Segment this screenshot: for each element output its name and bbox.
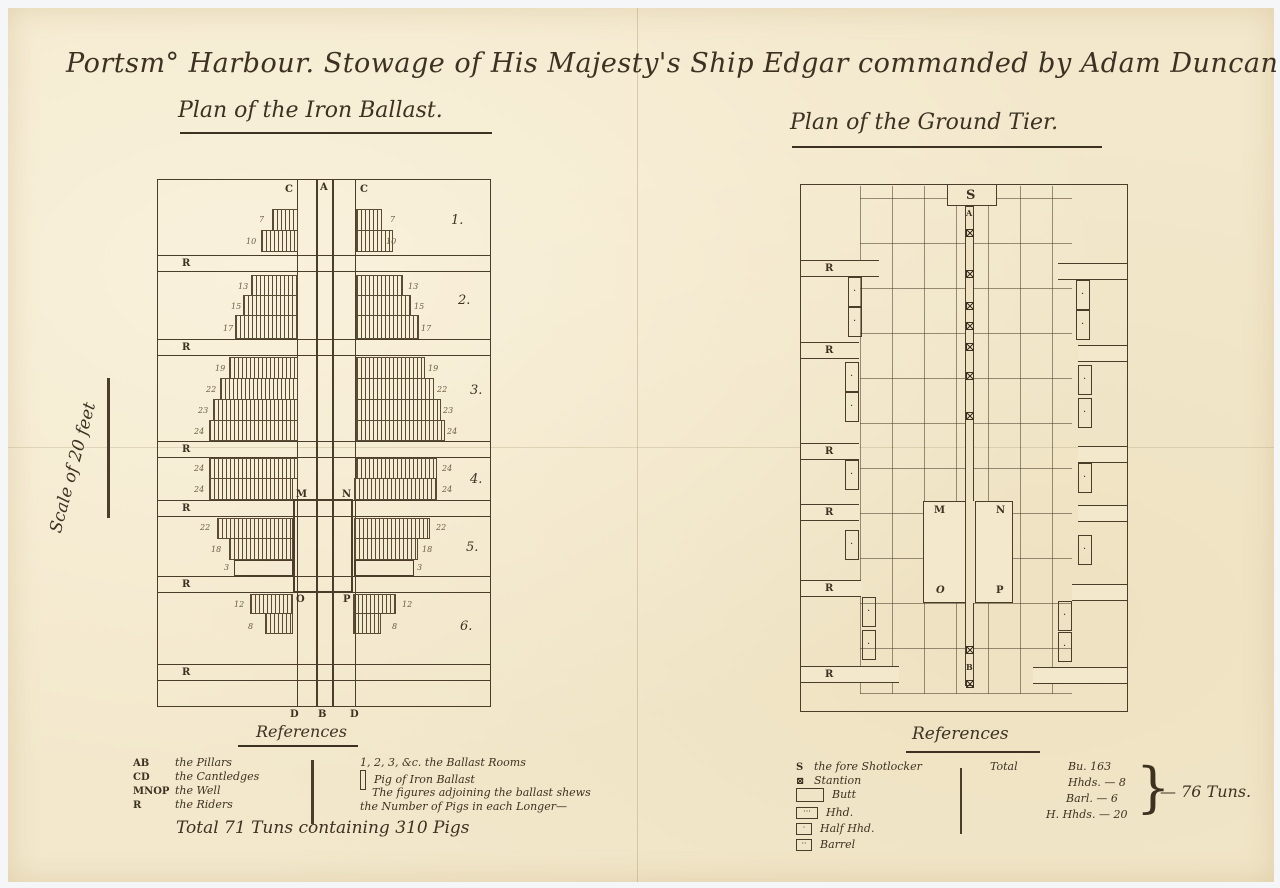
- half-hhd-cask: [848, 307, 862, 337]
- ballast-pig-stack: [229, 357, 298, 379]
- pig-count: 24: [194, 485, 204, 494]
- ballast-pig-stack: [272, 209, 298, 231]
- rider-right-1: [1058, 263, 1127, 280]
- total-barrels: Barl. — 6: [1066, 792, 1118, 805]
- ref-stantion: ⊠Stantion: [796, 774, 861, 787]
- document-title: Portsm° Harbour. Stowage of His Majesty'…: [66, 48, 1280, 79]
- pillar-through-well: [965, 501, 976, 603]
- butt-swatch-icon: [796, 788, 824, 802]
- total-hhds: Hhds. — 8: [1068, 776, 1126, 789]
- stanchion-icon: [966, 270, 974, 278]
- ref-hhd: ···Hhd.: [796, 806, 853, 819]
- ballast-pig-stack: [356, 295, 411, 316]
- stanchion-icon: [966, 302, 974, 310]
- pillar-label-a: A: [966, 208, 972, 218]
- shot-locker-label: S: [966, 188, 975, 203]
- barrel-swatch-icon: ··: [796, 839, 812, 851]
- stanchion-icon: [966, 322, 974, 330]
- ballast-pig-stack: [243, 295, 298, 316]
- half-hhd-cask: [1078, 535, 1092, 565]
- half-hhd-cask: [848, 277, 862, 307]
- left-heading-rule: [180, 132, 492, 134]
- half-hhd-cask: [845, 460, 859, 490]
- well-label-m: M: [296, 489, 307, 500]
- ref-cd: CDthe Cantledges: [133, 770, 259, 783]
- ref-barrel: ··Barrel: [796, 838, 855, 851]
- half-hhd-cask: [862, 630, 876, 660]
- ref-ab: ABthe Pillars: [133, 756, 232, 769]
- ballast-pig-stack: [220, 378, 298, 400]
- pig-count: 3: [417, 563, 422, 572]
- ballast-pig-stack: [354, 518, 430, 539]
- well-label-n: N: [342, 489, 351, 500]
- well-label-o: O: [936, 585, 945, 596]
- pig-count: 7: [259, 215, 264, 224]
- ref-mnop: MNOPthe Well: [133, 784, 220, 797]
- pig-swatch-icon: [360, 770, 366, 790]
- rider-right-5: [1072, 584, 1127, 601]
- ballast-pig-stack: [356, 357, 425, 379]
- vertical-fold-line: [637, 8, 638, 882]
- pig-count: 12: [234, 600, 244, 609]
- ref-shotlocker: Sthe fore Shotlocker: [796, 760, 922, 773]
- pig-count: 24: [194, 464, 204, 473]
- total-half-hhds: H. Hhds. — 20: [1046, 808, 1127, 821]
- stanchion-icon: [966, 229, 974, 237]
- pig-count: 19: [215, 364, 225, 373]
- ballast-pig-stack: [261, 230, 298, 252]
- ballast-pig-stack: [356, 420, 445, 441]
- scale-bar: [107, 378, 110, 518]
- rider-6: R: [158, 664, 490, 681]
- stanchion-icon: [966, 680, 974, 688]
- ballast-pig-stack: [356, 315, 419, 339]
- ballast-pig-stack: [265, 613, 293, 634]
- half-hhd-cask: [1076, 310, 1090, 340]
- stanchion-icon: [966, 412, 974, 420]
- hhd-swatch-icon: ···: [796, 807, 818, 819]
- label-d-left: D: [290, 709, 299, 720]
- total-butts: Bu. 163: [1068, 760, 1111, 773]
- ref-r: Rthe Riders: [133, 798, 233, 811]
- half-hhd-cask: [845, 392, 859, 422]
- left-references-heading: References: [256, 722, 347, 741]
- ballast-pig-stack: [209, 420, 298, 441]
- pig-count: 15: [231, 302, 241, 311]
- ballast-pig-stack: [213, 399, 298, 421]
- rider-left-6: R: [801, 666, 899, 683]
- stanchion-icon: [966, 372, 974, 380]
- half-hhd-cask: [862, 597, 876, 627]
- pig-count: 3: [224, 563, 229, 572]
- ballast-pig-stack: [354, 560, 414, 576]
- note-ballast-rooms: 1, 2, 3, &c. the Ballast Rooms: [360, 756, 526, 769]
- well-label-m: M: [934, 505, 945, 516]
- pig-count: 18: [422, 545, 432, 554]
- rider-right-6: [1033, 667, 1127, 684]
- pig-count: 10: [246, 237, 256, 246]
- ballast-pig-stack: [356, 275, 403, 296]
- pig-count: 24: [447, 427, 457, 436]
- rider-left-4: R: [801, 504, 859, 521]
- pig-count: 24: [194, 427, 204, 436]
- ballast-pig-stack: [217, 518, 293, 539]
- ballast-pig-stack: [353, 613, 381, 634]
- label-c-left: C: [285, 184, 293, 195]
- pig-count: 18: [211, 545, 221, 554]
- rider-1: R: [158, 255, 490, 272]
- references-divider: [960, 768, 962, 834]
- stowage-total: — 76 Tuns.: [1160, 782, 1251, 801]
- pig-count: 24: [442, 485, 452, 494]
- label-b: B: [318, 709, 326, 720]
- well: [293, 499, 353, 593]
- ref-butt: Butt: [796, 788, 856, 802]
- pig-count: 13: [238, 282, 248, 291]
- pillar-column: [965, 206, 974, 686]
- ballast-pig-stack: [235, 315, 298, 339]
- ballast-pig-stack: [229, 538, 293, 560]
- pig-count: 10: [386, 237, 396, 246]
- half-hhd-cask: [845, 530, 859, 560]
- label-d-right: D: [350, 709, 359, 720]
- rider-left-3: R: [801, 443, 859, 460]
- ballast-pig-stack: [353, 594, 396, 614]
- pig-count: 7: [390, 215, 395, 224]
- pig-count: 17: [223, 324, 233, 333]
- ballast-pig-stack: [356, 399, 441, 421]
- ref-half-hhd: ·Half Hhd.: [796, 822, 874, 835]
- note-figures-2: the Number of Pigs in each Longer—: [360, 800, 567, 813]
- well-label-o: O: [296, 594, 305, 605]
- ballast-pig-stack: [354, 478, 437, 500]
- ballast-pig-stack: [209, 478, 293, 500]
- rider-3: R: [158, 441, 490, 458]
- stanchion-icon: [966, 343, 974, 351]
- half-hhd-cask: [1078, 463, 1092, 493]
- pig-count: 23: [198, 406, 208, 415]
- room-number: 2.: [458, 293, 470, 308]
- well-label-p: P: [996, 585, 1004, 596]
- right-references-heading: References: [912, 724, 1009, 744]
- ballast-pig-stack: [356, 378, 434, 400]
- rider-left-1: R: [801, 260, 879, 277]
- well-label-p: P: [343, 594, 351, 605]
- pig-count: 19: [428, 364, 438, 373]
- totals-label: Total: [990, 760, 1018, 773]
- pig-count: 17: [421, 324, 431, 333]
- pig-count: 12: [402, 600, 412, 609]
- pig-count: 22: [200, 523, 210, 532]
- half-hhd-cask: [1076, 280, 1090, 310]
- well-label-n: N: [996, 505, 1005, 516]
- room-number: 1.: [451, 213, 463, 228]
- pig-count: 22: [436, 523, 446, 532]
- pig-count: 13: [408, 282, 418, 291]
- pig-count: 22: [206, 385, 216, 394]
- stanchion-icon: [966, 646, 974, 654]
- rider-right-4: [1078, 505, 1127, 522]
- rider-right-3: [1078, 446, 1127, 463]
- rider-left-2: R: [801, 342, 859, 359]
- ballast-pig-stack: [354, 538, 418, 560]
- half-hhd-swatch-icon: ·: [796, 823, 812, 835]
- room-number: 5.: [466, 540, 478, 555]
- left-plan-heading: Plan of the Iron Ballast.: [178, 98, 443, 123]
- half-hhd-cask: [1058, 601, 1072, 631]
- pig-count: 15: [414, 302, 424, 311]
- pig-count: 23: [443, 406, 453, 415]
- pig-count: 22: [437, 385, 447, 394]
- ballast-total: Total 71 Tuns containing 310 Pigs: [176, 818, 470, 838]
- label-a: A: [320, 182, 328, 193]
- room-number: 6.: [460, 619, 472, 634]
- ballast-pig-stack: [209, 458, 298, 479]
- room-number: 4.: [470, 472, 482, 487]
- pig-count: 8: [248, 622, 253, 631]
- half-hhd-cask: [845, 362, 859, 392]
- ballast-pig-stack: [234, 560, 293, 576]
- ballast-pig-stack: [356, 458, 437, 479]
- half-hhd-cask: [1058, 632, 1072, 662]
- pig-count: 8: [392, 622, 397, 631]
- references-rule: [906, 751, 1040, 753]
- room-number: 3.: [470, 383, 482, 398]
- label-c-right: C: [360, 184, 368, 195]
- pillar-label-b: B: [966, 662, 973, 672]
- ballast-pig-stack: [251, 275, 298, 296]
- note-figures-1: The figures adjoining the ballast shews: [372, 786, 591, 799]
- ballast-pig-stack: [356, 209, 382, 231]
- references-divider: [311, 760, 314, 824]
- ballast-pig-stack: [250, 594, 293, 614]
- rider-2: R: [158, 339, 490, 356]
- right-plan-heading: Plan of the Ground Tier.: [790, 110, 1058, 135]
- half-hhd-cask: [1078, 398, 1092, 428]
- right-heading-rule: [792, 146, 1102, 148]
- rider-right-2: [1078, 345, 1127, 362]
- references-rule: [238, 745, 358, 747]
- rider-left-5: R: [801, 580, 861, 597]
- half-hhd-cask: [1078, 365, 1092, 395]
- pig-count: 24: [442, 464, 452, 473]
